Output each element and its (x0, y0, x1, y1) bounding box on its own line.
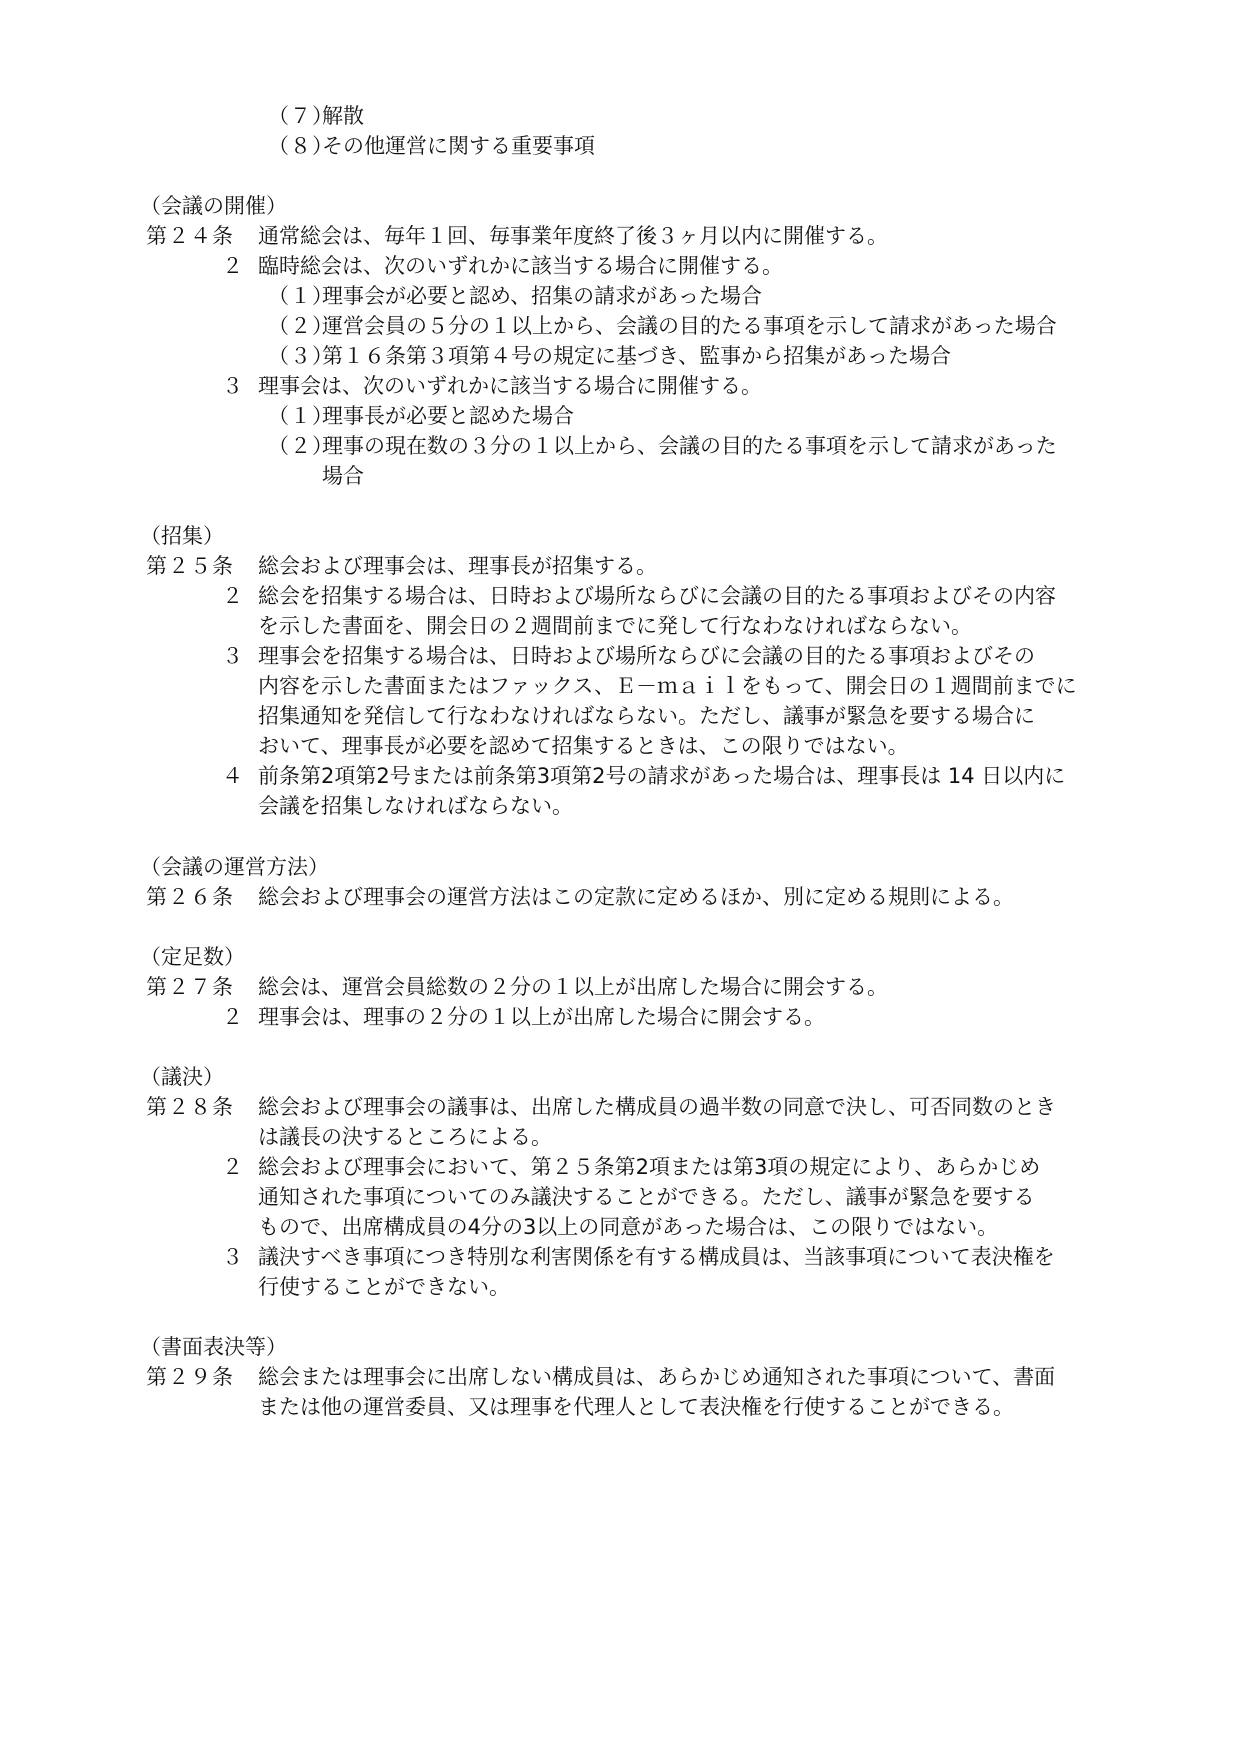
item-text: 理事の現在数の３分の１以上から、会議の目的たる事項を示して請求があった (322, 431, 1057, 461)
article-text: 総会および理事会の議事は、出席した構成員の過半数の同意で決し、可否同数のとき (258, 1092, 1056, 1122)
paragraph-text: 前条第2項第2号または前条第3項第2号の請求があった場合は、理事長は 14 日以… (258, 761, 1065, 791)
paragraph-text: 行使することができない。 (258, 1272, 510, 1302)
item-text: 第１６条第３項第４号の規定に基づき、監事から招集があった場合 (322, 341, 951, 371)
paragraph-text: 通知された事項についてのみ議決することができる。ただし、議事が緊急を要する (258, 1182, 1035, 1212)
paragraph-text: 理事会は、次のいずれかに該当する場合に開催する。 (258, 371, 762, 401)
paragraph-text: 総会を招集する場合は、日時および場所ならびに会議の目的たる事項およびその内容 (258, 581, 1056, 611)
paragraph-text: 理事会を招集する場合は、日時および場所ならびに会議の目的たる事項およびその (258, 641, 1035, 671)
article-number: 第２７条 (146, 972, 234, 1002)
paragraph-number: ２ (222, 581, 243, 611)
item-text: 解散 (322, 101, 364, 131)
paragraph-number: ２ (222, 1152, 243, 1182)
item-text: 理事長が必要と認めた場合 (322, 401, 574, 431)
section-heading: （招集） (140, 521, 224, 551)
paragraph-text: おいて、理事長が必要を認めて招集するときは、この限りではない。 (258, 731, 909, 761)
section-heading: （会議の運営方法） (140, 852, 329, 882)
article-text: 総会および理事会の運営方法はこの定款に定めるほか、別に定める規則による。 (258, 882, 1014, 912)
article-text: は議長の決するところによる。 (258, 1122, 552, 1152)
section-heading: （定足数） (140, 942, 245, 972)
paragraph-text: 招集通知を発信して行なわなければならない。ただし、議事が緊急を要する場合に (258, 701, 1035, 731)
article-text: 通常総会は、毎年１回、毎事業年度終了後３ヶ月以内に開催する。 (258, 221, 888, 251)
item-text: 理事会が必要と認め、招集の請求があった場合 (322, 281, 762, 311)
paragraph-number: ２ (222, 251, 243, 281)
paragraph-number: ４ (222, 761, 243, 791)
item-text-continued: 場合 (322, 461, 364, 491)
paragraph-number: ３ (222, 641, 243, 671)
paragraph-number: ３ (222, 1242, 243, 1272)
item-text: 運営会員の５分の１以上から、会議の目的たる事項を示して請求があった場合 (322, 311, 1057, 341)
article-number: 第２５条 (146, 551, 234, 581)
paragraph-text: 総会および理事会において、第２５条第2項または第3項の規定により、あらかじめ (258, 1152, 1040, 1182)
article-text: 総会は、運営会員総数の２分の１以上が出席した場合に開会する。 (258, 972, 888, 1002)
article-number: 第２４条 (146, 221, 234, 251)
item-text: その他運営に関する重要事項 (322, 131, 595, 161)
article-text: または他の運営委員、又は理事を代理人として表決権を行使することができる。 (258, 1392, 1014, 1422)
paragraph-text: 会議を招集しなければならない。 (258, 791, 573, 821)
document-page: （７） 解散 （８） その他運営に関する重要事項 （会議の開催） 第２４条 通常… (0, 0, 1241, 1754)
paragraph-text: 議決すべき事項につき特別な利害関係を有する構成員は、当該事項について表決権を (258, 1242, 1055, 1272)
paragraph-number: ２ (222, 1002, 243, 1032)
paragraph-text: 臨時総会は、次のいずれかに該当する場合に開催する。 (258, 251, 783, 281)
article-number: 第２９条 (146, 1362, 234, 1392)
article-text: 総会または理事会に出席しない構成員は、あらかじめ通知された事項について、書面 (258, 1362, 1055, 1392)
paragraph-text: 理事会は、理事の２分の１以上が出席した場合に開会する。 (258, 1002, 825, 1032)
article-text: 総会および理事会は、理事長が招集する。 (258, 551, 657, 581)
article-number: 第２６条 (146, 882, 234, 912)
paragraph-text: もので、出席構成員の4分の3以上の同意があった場合は、この限りではない。 (258, 1212, 998, 1242)
paragraph-text: を示した書面を、開会日の２週間前までに発して行なわなければならない。 (258, 611, 972, 641)
paragraph-number: ３ (222, 371, 243, 401)
section-heading: （議決） (140, 1062, 224, 1092)
section-heading: （会議の開催） (140, 191, 287, 221)
section-heading: （書面表決等） (140, 1332, 287, 1362)
article-number: 第２８条 (146, 1092, 234, 1122)
paragraph-text: 内容を示した書面またはファックス、Ｅ－ｍａｉｌをもって、開会日の１週間前までに (258, 671, 1077, 701)
